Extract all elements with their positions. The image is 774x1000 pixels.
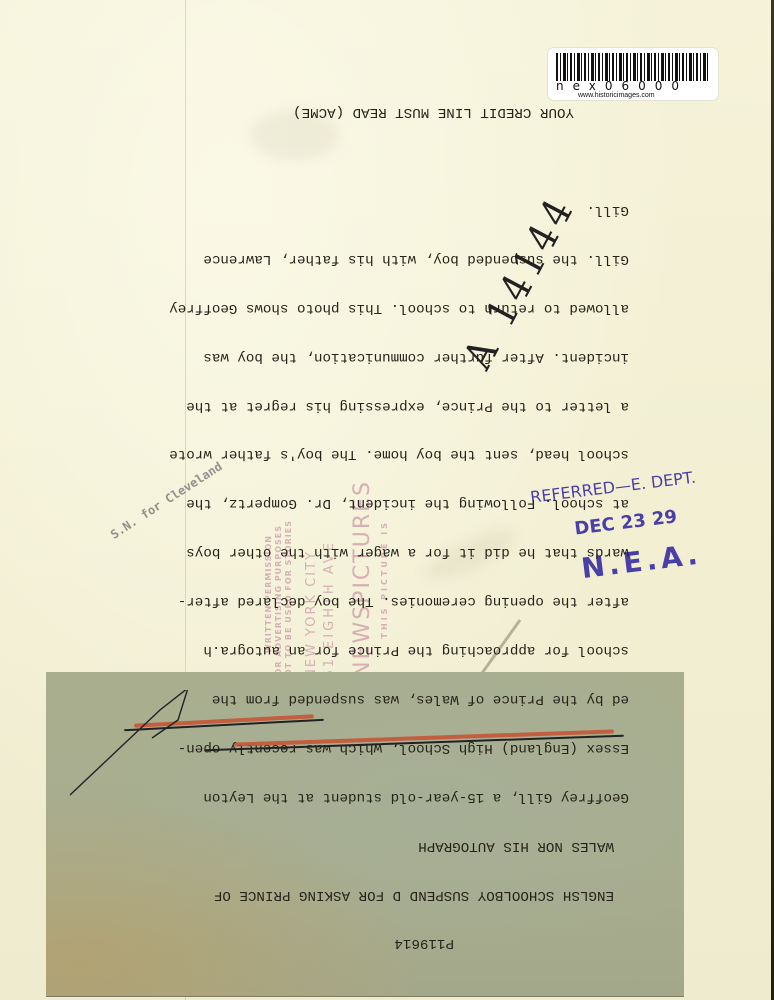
caption-text: P119614 ENGLSH SCHOOLBOY SUSPEND D FOR A… [84, 71, 684, 984]
caption-credit-line: YOUR CREDIT LINE MUST READ (ACME) [84, 104, 684, 120]
caption-spacer [84, 153, 684, 169]
caption-headline: ENGLSH SCHOOLBOY SUSPEND D FOR ASKING PR… [84, 886, 684, 902]
caption-body-line: incident. After further communication, t… [84, 348, 684, 364]
caption-body-line: wards that he did it for a wager with th… [84, 544, 684, 560]
caption-headline: WALES NOR HIS AUTOGRAPH [84, 837, 684, 853]
caption-body-line: school head, sent the boy home. The boy'… [84, 446, 684, 462]
caption-body-line: at school. Following the incident, Dr. G… [84, 495, 684, 511]
caption-body-line: Gill. [84, 202, 684, 218]
photo-back-paper: nex06000 www.historicimages.com A 14144 … [0, 0, 774, 1000]
caption-body-line: after the opening ceremonies. The boy de… [84, 593, 684, 609]
caption-body-line: allowed to return to school. This photo … [84, 300, 684, 316]
check-mark-icon [60, 690, 200, 800]
caption-body-line: a letter to the Prince, expressing his r… [84, 397, 684, 413]
caption-body-line: school for approaching the Prince for an… [84, 642, 684, 658]
caption-id: P119614 [84, 935, 684, 951]
caption-body-line: Gill. the suspended boy, with his father… [84, 251, 684, 267]
